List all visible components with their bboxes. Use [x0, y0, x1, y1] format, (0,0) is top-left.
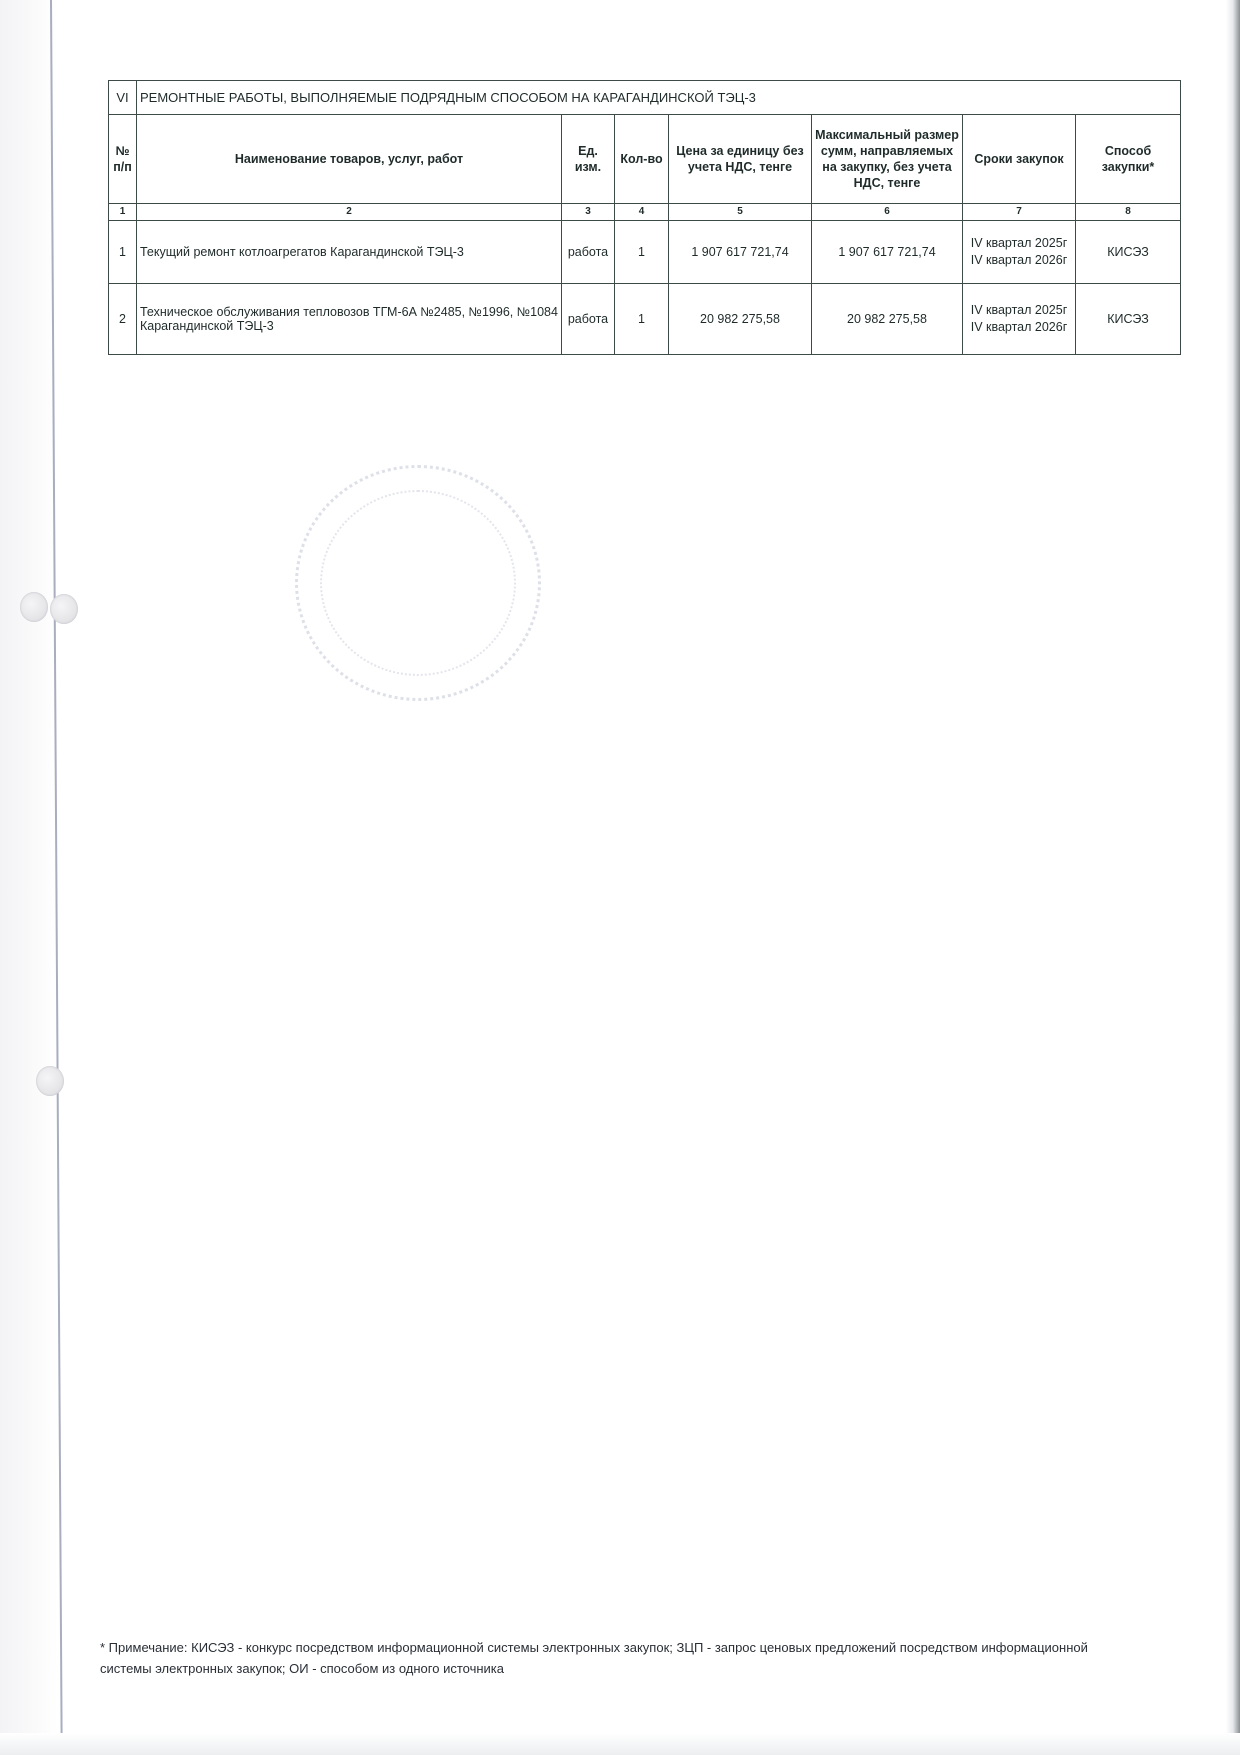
row-unit-price: 1 907 617 721,74 [669, 221, 812, 284]
scan-bottom-edge [0, 1733, 1240, 1755]
column-index: 3 [562, 204, 615, 221]
punch-hole-icon [50, 594, 78, 624]
section-header-row: VI РЕМОНТНЫЕ РАБОТЫ, ВЫПОЛНЯЕМЫЕ ПОДРЯДН… [109, 81, 1181, 115]
row-period: IV квартал 2025г IV квартал 2026г [963, 221, 1076, 284]
row-method: КИСЭЗ [1076, 284, 1181, 355]
section-title: РЕМОНТНЫЕ РАБОТЫ, ВЫПОЛНЯЕМЫЕ ПОДРЯДНЫМ … [137, 81, 1181, 115]
column-index: 8 [1076, 204, 1181, 221]
row-qty: 1 [615, 284, 669, 355]
seal-stamp-inner-ring [320, 490, 516, 676]
row-unit: работа [562, 221, 615, 284]
punch-hole-icon [36, 1066, 64, 1096]
section-number: VI [109, 81, 137, 115]
header-unit-price: Цена за единицу без учета НДС, тенге [669, 115, 812, 204]
header-num: № п/п [109, 115, 137, 204]
column-index: 1 [109, 204, 137, 221]
column-index-row: 1 2 3 4 5 6 7 8 [109, 204, 1181, 221]
header-period: Сроки закупок [963, 115, 1076, 204]
table-row: 1 Текущий ремонт котлоагрегатов Караганд… [109, 221, 1181, 284]
row-period: IV квартал 2025г IV квартал 2026г [963, 284, 1076, 355]
row-max-amount: 20 982 275,58 [812, 284, 963, 355]
scan-right-edge [1226, 0, 1240, 1755]
row-name: Текущий ремонт котлоагрегатов Карагандин… [137, 221, 562, 284]
footnote: * Примечание: КИСЭЗ - конкурс посредство… [100, 1637, 1140, 1680]
header-qty: Кол-во [615, 115, 669, 204]
seal-stamp-icon [295, 465, 541, 701]
row-period-1: IV квартал 2025г [966, 302, 1072, 319]
row-period-2: IV квартал 2026г [966, 319, 1072, 336]
header-unit: Ед. изм. [562, 115, 615, 204]
column-header-row: № п/п Наименование товаров, услуг, работ… [109, 115, 1181, 204]
punch-hole-icon [20, 592, 48, 622]
column-index: 5 [669, 204, 812, 221]
row-number: 2 [109, 284, 137, 355]
table-row: 2 Техническое обслуживания тепловозов ТГ… [109, 284, 1181, 355]
column-index: 7 [963, 204, 1076, 221]
column-index: 2 [137, 204, 562, 221]
header-name: Наименование товаров, услуг, работ [137, 115, 562, 204]
row-number: 1 [109, 221, 137, 284]
column-index: 4 [615, 204, 669, 221]
row-unit-price: 20 982 275,58 [669, 284, 812, 355]
header-method: Способ закупки* [1076, 115, 1181, 204]
row-max-amount: 1 907 617 721,74 [812, 221, 963, 284]
procurement-table: VI РЕМОНТНЫЕ РАБОТЫ, ВЫПОЛНЯЕМЫЕ ПОДРЯДН… [108, 80, 1181, 355]
column-index: 6 [812, 204, 963, 221]
row-method: КИСЭЗ [1076, 221, 1181, 284]
row-unit: работа [562, 284, 615, 355]
row-name: Техническое обслуживания тепловозов ТГМ-… [137, 284, 562, 355]
header-max-amount: Максимальный размер сумм, направляемых н… [812, 115, 963, 204]
scan-left-edge [0, 0, 58, 1755]
row-qty: 1 [615, 221, 669, 284]
row-period-2: IV квартал 2026г [966, 252, 1072, 269]
row-period-1: IV квартал 2025г [966, 235, 1072, 252]
